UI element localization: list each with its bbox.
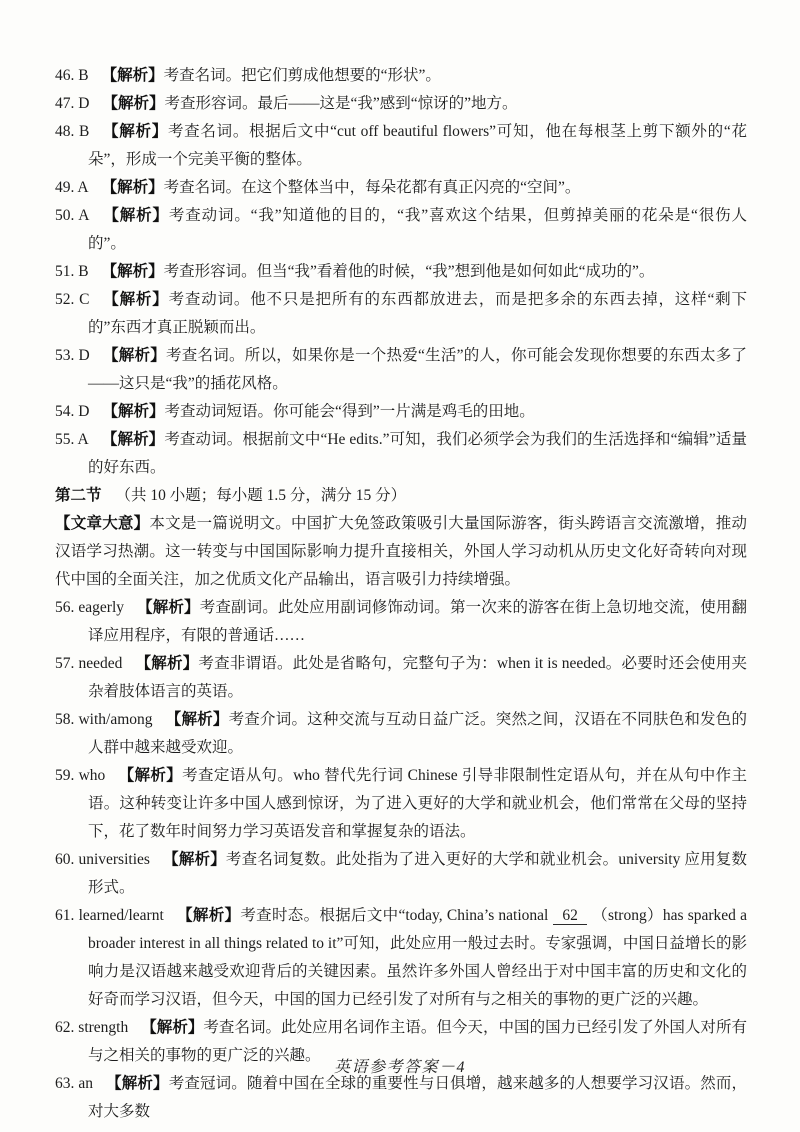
analysis-tag: 【解析】 — [163, 851, 226, 868]
question-number-answer: 54. D — [55, 403, 89, 420]
cloze-answer-list: 46. B【解析】考查名词。把它们剪成他想要的“形状”。47. D【解析】考查形… — [55, 62, 747, 482]
question-number-answer: 60. universities — [55, 851, 150, 868]
page-footer-label: 英语参考答案－4 — [334, 1059, 466, 1076]
answer-item: 60. universities【解析】考查名词复数。此处指为了进入更好的大学和… — [55, 846, 747, 902]
analysis-tag: 【解析】 — [102, 179, 164, 196]
passage-summary-tag: 【文章大意】 — [55, 515, 149, 532]
explanation-text: 考查形容词。但当“我”看着他的时候，“我”想到他是如何如此“成功的”。 — [164, 263, 655, 280]
question-number-answer: 52. C — [55, 291, 89, 308]
analysis-tag: 【解析】 — [102, 291, 168, 308]
page-content: 46. B【解析】考查名词。把它们剪成他想要的“形状”。47. D【解析】考查形… — [55, 62, 747, 1126]
page-footer: 英语参考答案－4 — [0, 1054, 800, 1077]
underlined-blank-number: 62 — [553, 907, 587, 925]
question-number-answer: 58. with/among — [55, 711, 153, 728]
question-number-answer: 59. who — [55, 767, 105, 784]
analysis-tag: 【解析】 — [102, 67, 164, 84]
analysis-tag: 【解析】 — [102, 207, 168, 224]
analysis-tag: 【解析】 — [135, 655, 198, 672]
question-number-answer: 51. B — [55, 263, 89, 280]
answer-item: 63. an【解析】考查冠词。随着中国在全球的重要性与日俱增，越来越多的人想要学… — [55, 1070, 747, 1126]
analysis-tag: 【解析】 — [166, 711, 229, 728]
answer-item: 59. who【解析】考查定语从句。who 替代先行词 Chinese 引导非限… — [55, 762, 747, 846]
answer-item: 50. A【解析】考查动词。“我”知道他的目的，“我”喜欢这个结果，但剪掉美丽的… — [55, 202, 747, 258]
answer-key-page: 46. B【解析】考查名词。把它们剪成他想要的“形状”。47. D【解析】考查形… — [0, 0, 800, 1132]
question-number-answer: 55. A — [55, 431, 89, 448]
answer-item: 46. B【解析】考查名词。把它们剪成他想要的“形状”。 — [55, 62, 747, 90]
question-number-answer: 56. eagerly — [55, 599, 124, 616]
analysis-tag: 【解析】 — [141, 1019, 203, 1036]
question-number-answer: 53. D — [55, 347, 90, 364]
analysis-tag: 【解析】 — [102, 263, 164, 280]
explanation-text: 考查动词。“我”知道他的目的，“我”喜欢这个结果，但剪掉美丽的花朵是“很伤人的”… — [88, 207, 747, 252]
answer-item: 61. learned/learnt【解析】考查时态。根据后文中“today, … — [55, 902, 747, 1014]
answer-item: 48. B【解析】考查名词。根据后文中“cut off beautiful fl… — [55, 118, 747, 174]
explanation-text: 考查动词短语。你可能会“得到”一片满是鸡毛的田地。 — [164, 403, 534, 420]
section-two-answer-list: 56. eagerly【解析】考查副词。此处应用副词修饰动词。第一次来的游客在街… — [55, 594, 747, 1126]
answer-item: 55. A【解析】考查动词。根据前文中“He edits.”可知，我们必须学会为… — [55, 426, 747, 482]
explanation-text: 考查名词。在这个整体当中，每朵花都有真正闪亮的“空间”。 — [164, 179, 581, 196]
answer-item: 47. D【解析】考查形容词。最后——这是“我”感到“惊讶的”地方。 — [55, 90, 747, 118]
analysis-tag: 【解析】 — [102, 403, 164, 420]
answer-item: 52. C【解析】考查动词。他不只是把所有的东西都放进去，而是把多余的东西去掉，… — [55, 286, 747, 342]
question-number-answer: 50. A — [55, 207, 89, 224]
explanation-text: 考查动词。他不只是把所有的东西都放进去，而是把多余的东西去掉，这样“剩下的”东西… — [88, 291, 747, 336]
analysis-tag: 【解析】 — [177, 907, 241, 924]
explanation-text: 考查定语从句。who 替代先行词 Chinese 引导非限制性定语从句，并在从句… — [88, 767, 747, 840]
analysis-tag: 【解析】 — [137, 599, 200, 616]
answer-item: 51. B【解析】考查形容词。但当“我”看着他的时候，“我”想到他是如何如此“成… — [55, 258, 747, 286]
analysis-tag: 【解析】 — [106, 1075, 169, 1092]
question-number-answer: 63. an — [55, 1075, 93, 1092]
question-number-answer: 49. A — [55, 179, 89, 196]
explanation-text: 考查形容词。最后——这是“我”感到“惊讶的”地方。 — [164, 95, 517, 112]
analysis-tag: 【解析】 — [102, 431, 165, 448]
explanation-text: 考查名词。根据后文中“cut off beautiful flowers”可知，… — [88, 123, 747, 168]
passage-summary-text: 本文是一篇说明文。中国扩大免签政策吸引大量国际游客，街头跨语言交流激增，推动汉语… — [55, 515, 747, 588]
question-number-answer: 46. B — [55, 67, 89, 84]
question-number-answer: 47. D — [55, 95, 89, 112]
question-number-answer: 62. strength — [55, 1019, 128, 1036]
answer-item: 58. with/among【解析】考查介词。这种交流与互动日益广泛。突然之间，… — [55, 706, 747, 762]
answer-item: 49. A【解析】考查名词。在这个整体当中，每朵花都有真正闪亮的“空间”。 — [55, 174, 747, 202]
analysis-tag: 【解析】 — [118, 767, 182, 784]
answer-item: 57. needed【解析】考查非谓语。此处是省略句，完整句子为：when it… — [55, 650, 747, 706]
question-number-answer: 57. needed — [55, 655, 122, 672]
explanation-text: 考查动词。根据前文中“He edits.”可知，我们必须学会为我们的生活选择和“… — [88, 431, 747, 476]
explanation-text: 考查名词。把它们剪成他想要的“形状”。 — [164, 67, 441, 84]
analysis-tag: 【解析】 — [102, 123, 168, 140]
answer-item: 54. D【解析】考查动词短语。你可能会“得到”一片满是鸡毛的田地。 — [55, 398, 747, 426]
answer-item: 53. D【解析】考查名词。所以，如果你是一个热爱“生活”的人，你可能会发现你想… — [55, 342, 747, 398]
question-number-answer: 61. learned/learnt — [55, 907, 164, 924]
explanation-text: 考查名词。所以，如果你是一个热爱“生活”的人，你可能会发现你想要的东西太多了——… — [88, 347, 747, 392]
answer-item: 56. eagerly【解析】考查副词。此处应用副词修饰动词。第一次来的游客在街… — [55, 594, 747, 650]
passage-summary: 【文章大意】本文是一篇说明文。中国扩大免签政策吸引大量国际游客，街头跨语言交流激… — [55, 510, 747, 594]
question-number-answer: 48. B — [55, 123, 89, 140]
section-score-note: （共 10 小题；每小题 1.5 分，满分 15 分） — [116, 487, 407, 504]
explanation-text: 考查冠词。随着中国在全球的重要性与日俱增，越来越多的人想要学习汉语。然而，对大多… — [88, 1075, 747, 1120]
section-two-heading: 第二节（共 10 小题；每小题 1.5 分，满分 15 分） — [55, 482, 747, 510]
analysis-tag: 【解析】 — [103, 347, 166, 364]
analysis-tag: 【解析】 — [102, 95, 164, 112]
section-title: 第二节 — [55, 487, 102, 504]
